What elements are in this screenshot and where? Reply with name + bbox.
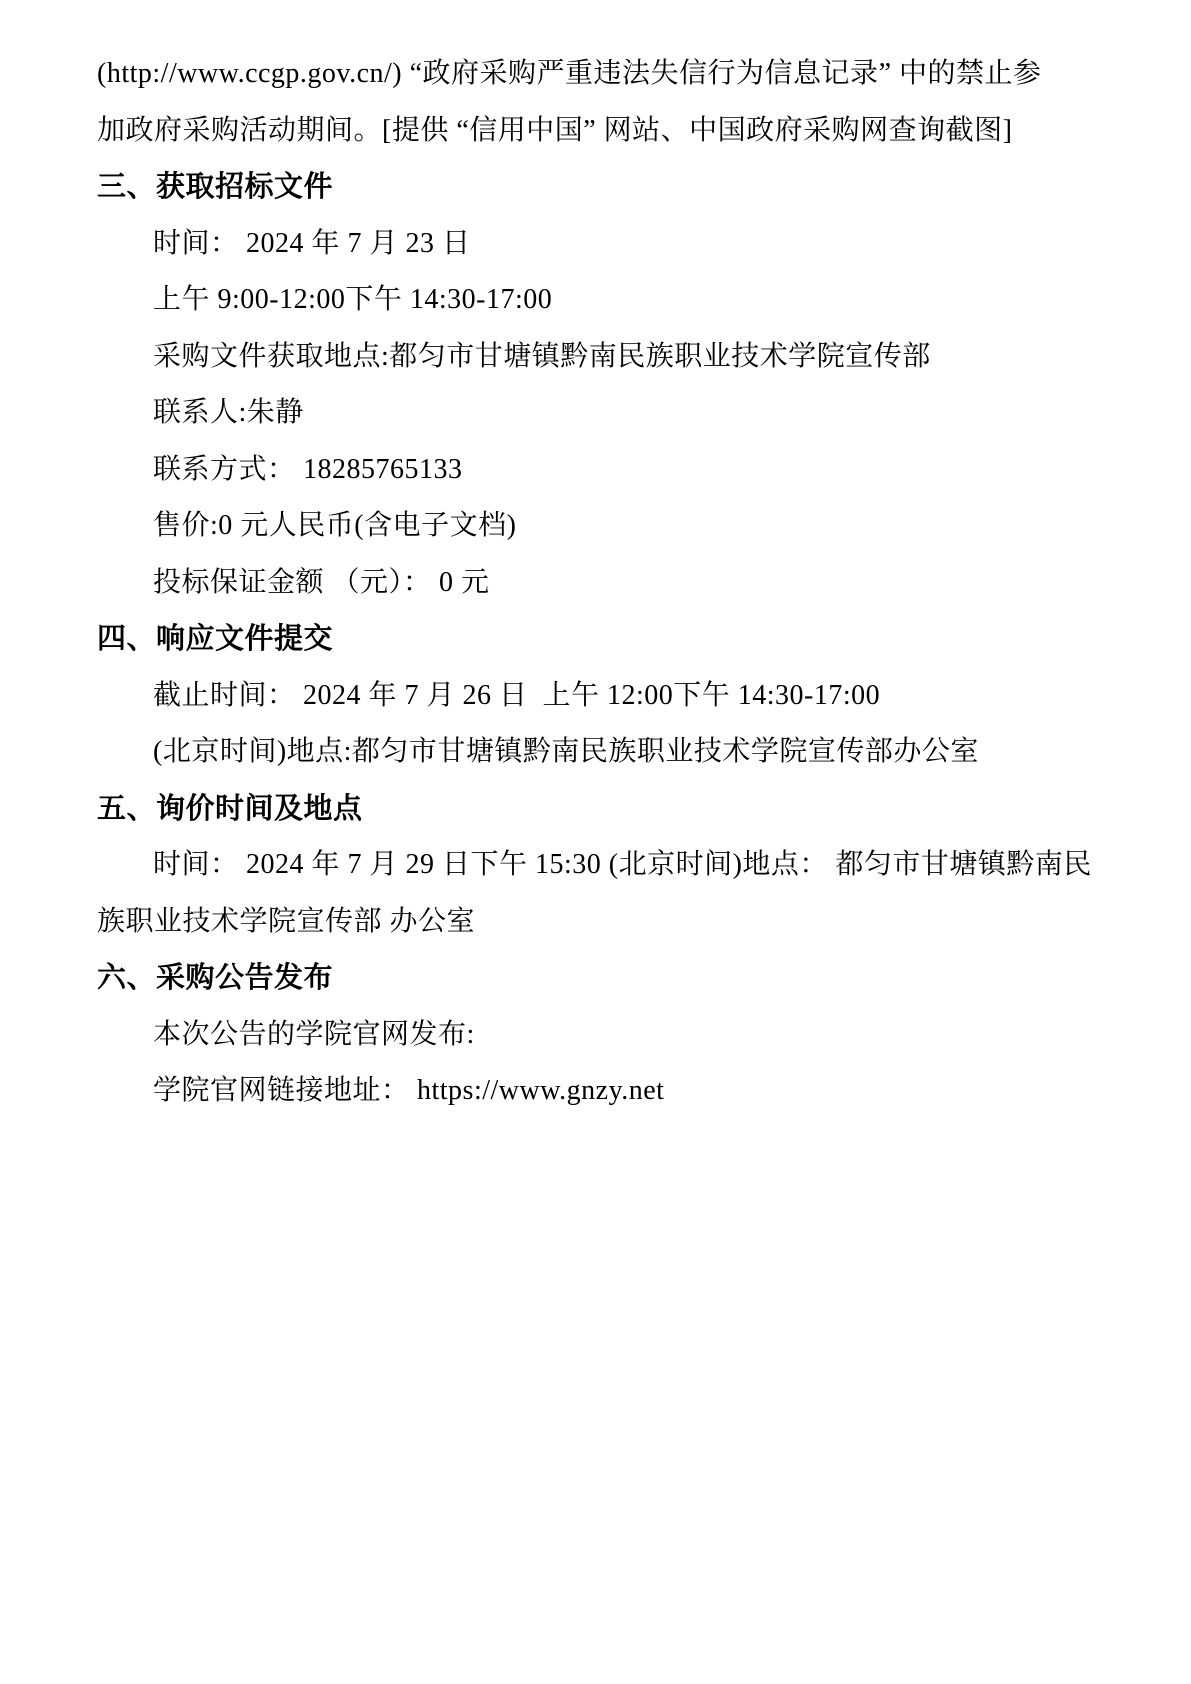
heading-section-3-get-bid-documents: 三、获取招标文件 <box>97 159 1097 216</box>
paragraph-credit-record-continuation: (http://www.ccgp.gov.cn/) “政府采购严重违法失信行为信… <box>97 46 1097 159</box>
line-inquiry-time-place: 时间： 2024 年 7 月 29 日下午 15:30 (北京时间)地点： 都匀… <box>97 837 1097 950</box>
line-submission-deadline: 截止时间： 2024 年 7 月 26 日 上午 12:00下午 14:30-1… <box>97 668 1097 725</box>
line-contact-phone: 联系方式： 18285765133 <box>97 442 1097 499</box>
line-document-time: 时间： 2024 年 7 月 23 日 <box>97 216 1097 273</box>
heading-section-5-inquiry-time-place: 五、询价时间及地点 <box>97 781 1097 838</box>
line-official-site-publication: 本次公告的学院官网发布: <box>97 1007 1097 1064</box>
line-contact-person: 联系人:朱静 <box>97 385 1097 442</box>
line-submission-location: (北京时间)地点:都匀市甘塘镇黔南民族职业技术学院宣传部办公室 <box>97 724 1097 781</box>
line-document-pickup-location: 采购文件获取地点:都匀市甘塘镇黔南民族职业技术学院宣传部 <box>97 329 1097 386</box>
line-document-price: 售价:0 元人民币(含电子文档) <box>97 498 1097 555</box>
line-official-site-url: 学院官网链接地址： https://www.gnzy.net <box>97 1063 1097 1120</box>
document-content: (http://www.ccgp.gov.cn/) “政府采购严重违法失信行为信… <box>97 46 1097 1120</box>
line-office-hours: 上午 9:00-12:00下午 14:30-17:00 <box>97 272 1097 329</box>
heading-section-4-response-submission: 四、响应文件提交 <box>97 611 1097 668</box>
heading-section-6-announcement-publication: 六、采购公告发布 <box>97 950 1097 1007</box>
document-page: (http://www.ccgp.gov.cn/) “政府采购严重违法失信行为信… <box>0 0 1191 1684</box>
line-bid-deposit-amount: 投标保证金额 （元）： 0 元 <box>97 555 1097 612</box>
